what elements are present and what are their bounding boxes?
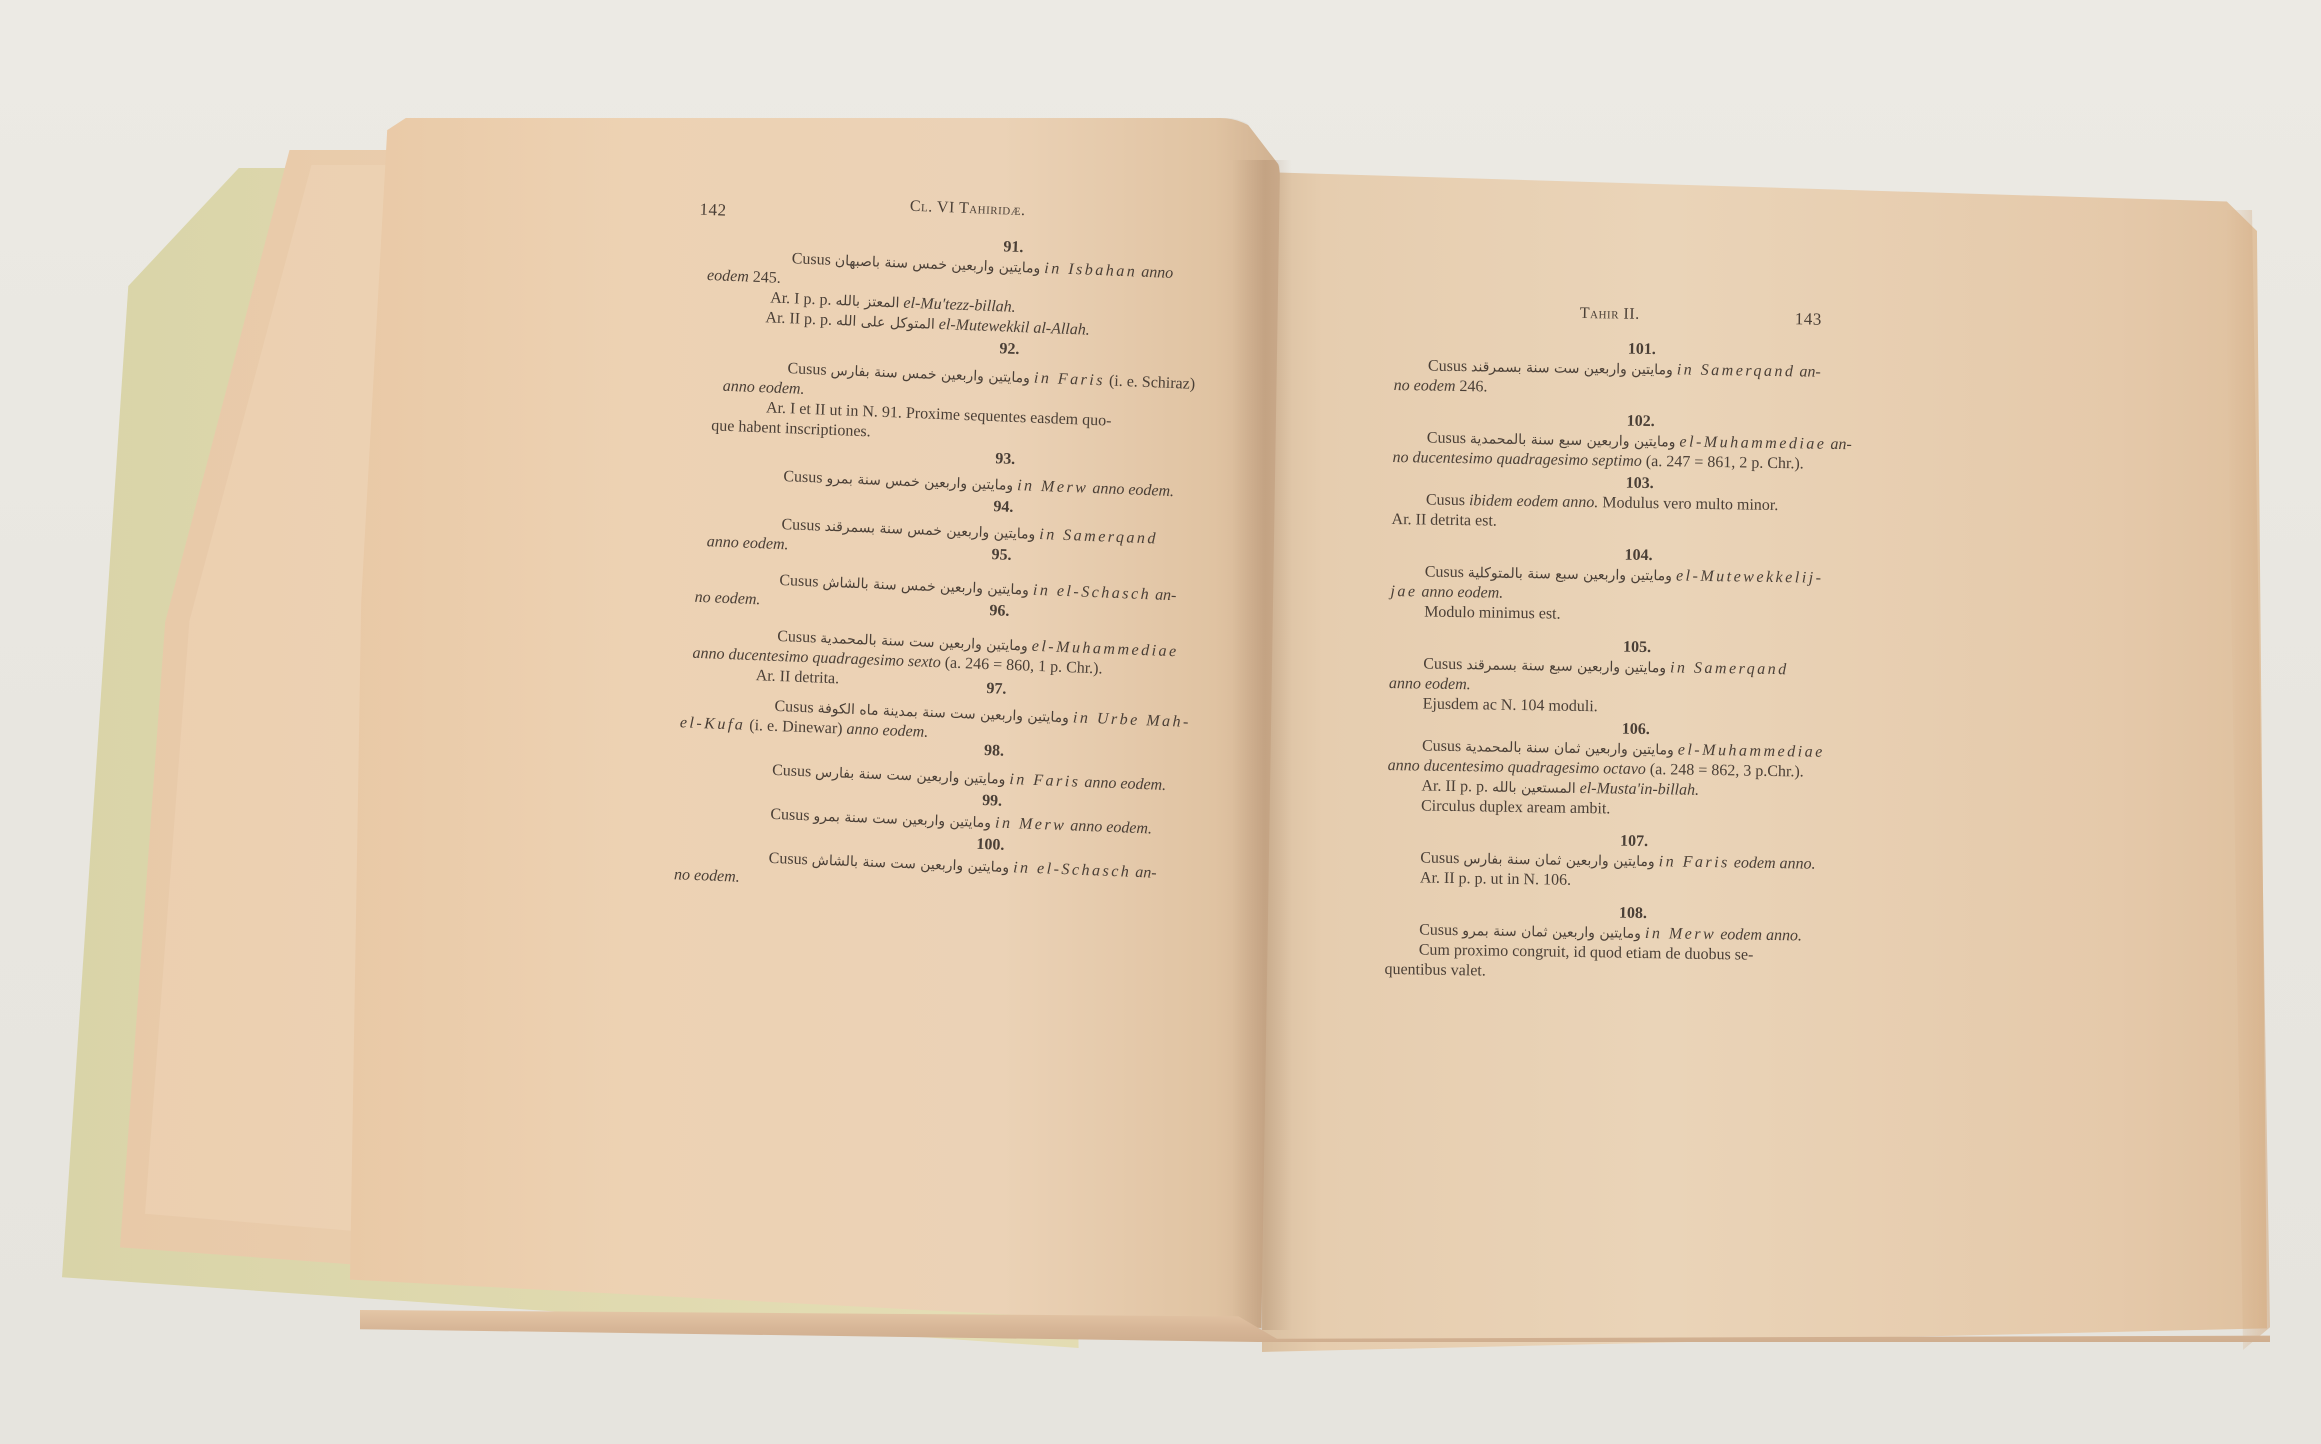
- entry-101: 101. Cusus ومايتين واربعين ست سنة بسمرقن…: [1394, 336, 1890, 404]
- running-head-title: Cl. VI Tahiridæ.: [910, 198, 1026, 220]
- entry-92: 92. Cusus ومايتين واربعين خمس سنة بفارس …: [751, 330, 1265, 457]
- entry-102: 102. Cusus ومايتين واربعين سبع سنة بالمح…: [1392, 408, 1888, 476]
- entry-105: 105. Cusus ومايتين واربعين سبع سنة بسمرق…: [1389, 634, 1885, 722]
- arabic-text: ومايتين واربعين ست سنة بمرو: [813, 809, 991, 832]
- arabic-text: المتوكل على الله: [836, 313, 935, 333]
- entry-106: 106. Cusus ومايتين واربعين ثمان سنة بالم…: [1387, 716, 1884, 824]
- arabic-text: ومايتين واربعين ثمان سنة بمرو: [1462, 923, 1641, 942]
- entry-104: 104. Cusus ومايتين واربعين سبع سنة بالمت…: [1390, 542, 1886, 630]
- entry-91: 91. Cusus ومايتين واربعين خمس سنة باصبها…: [755, 228, 1268, 348]
- entry-107: 107. Cusus ومايتين واربعين ثمان سنة بفار…: [1386, 828, 1882, 896]
- entry-103: 103. Cusus ibidem eodem anno. Modulus ve…: [1391, 470, 1887, 538]
- left-page-text: 142 Cl. VI Tahiridæ. 91. Cusus ومايتين و…: [734, 200, 1270, 907]
- right-page-text: Tahir II. 143 101. Cusus ومايتين واربعين…: [1384, 302, 1890, 988]
- entry-108: 108. Cusus ومايتين واربعين ثمان سنة بمرو…: [1384, 900, 1880, 988]
- arabic-text: ومايتين واربعين ثمان سنة بفارس: [1463, 851, 1655, 870]
- arabic-text: ومايتين واربعين ثمان سنة بالمحمدية: [1465, 739, 1674, 758]
- page-number: 143: [1795, 309, 1822, 329]
- arabic-text: ومايتين واربعين سبع سنة بالمتوكلية: [1468, 565, 1672, 584]
- arabic-text: ومايتين واربعين ست سنة بفارس: [815, 765, 1006, 788]
- running-head-title: Tahir II.: [1580, 305, 1640, 324]
- arabic-text: ومايتين واربعين ست سنة بسمرقند: [1471, 359, 1673, 378]
- arabic-text: ومايتين واربعين سبع سنة بسمرقند: [1466, 657, 1666, 676]
- arabic-text: ومايتين واربعين سبع سنة بالمحمدية: [1470, 431, 1676, 450]
- arabic-text: المستعين بالله: [1492, 780, 1576, 797]
- arabic-text: ومايتين واربعين خمس سنة بمرو: [826, 471, 1013, 494]
- page-number: 142: [699, 200, 727, 221]
- arabic-text: المعتز بالله: [835, 293, 900, 311]
